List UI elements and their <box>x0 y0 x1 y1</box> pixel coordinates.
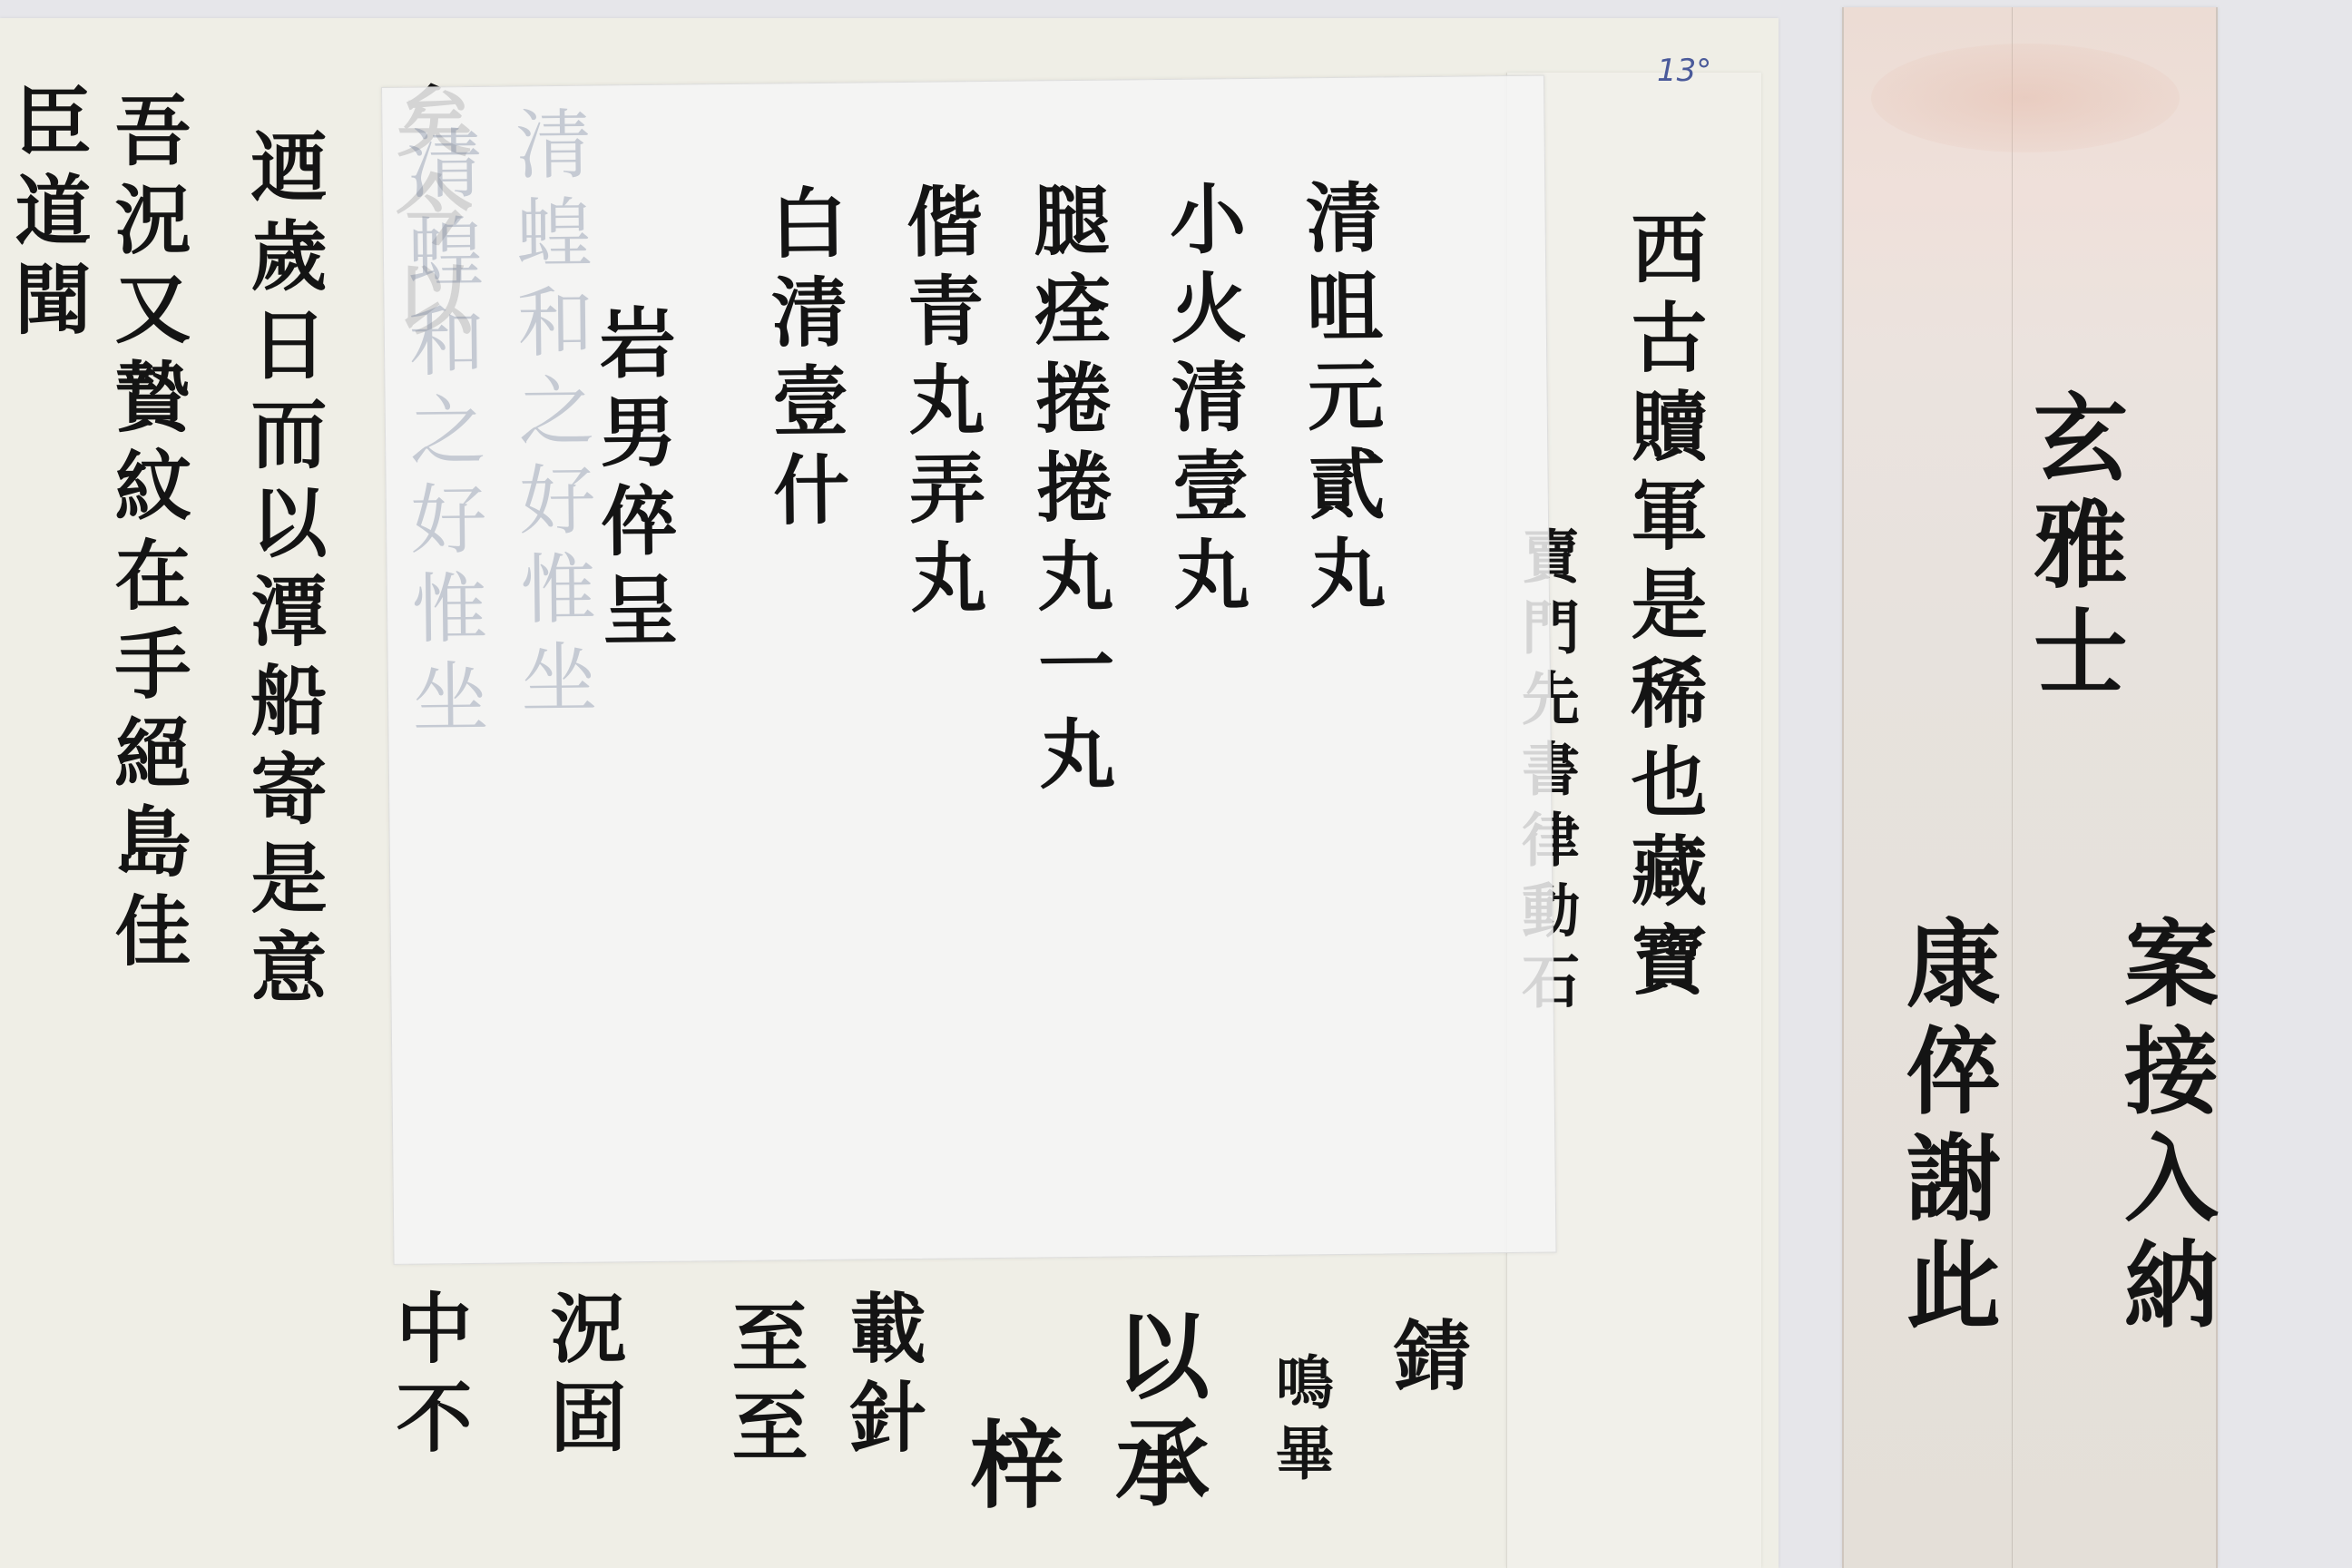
lower-column-2: 至至 <box>726 1298 802 1475</box>
envelope-column-3: 康倅謝此 <box>1898 915 1993 1343</box>
lower-column-3: 載針 <box>844 1289 920 1466</box>
letter-column-1: 臣道聞 <box>9 82 85 348</box>
overlay-column-6: 岩男倅呈 <box>593 303 673 660</box>
envelope: 玄雅士 案接入納 康倅謝此 <box>1842 7 2218 1568</box>
envelope-column-1: 玄雅士 <box>2025 388 2120 710</box>
lower-column-1: 況固 <box>544 1289 621 1466</box>
overlay-ghost-text-2: 清蝗和之好惟坐 <box>509 104 592 728</box>
overlay-column-4: 偕青丸弄丸 <box>900 181 981 627</box>
overlay-column-2: 小火清壹丸 <box>1163 179 1244 624</box>
overlay-column-3: 腿痊捲捲丸一丸 <box>1027 181 1110 804</box>
translucent-overlay-note: 清蝗和之好惟坐 清蝗和之好惟坐 清咀元貳丸 小火清壹丸 腿痊捲捲丸一丸 偕青丸弄… <box>381 75 1557 1265</box>
overlay-column-5: 白清壹什 <box>764 183 844 540</box>
envelope-stain <box>1871 44 2180 152</box>
overlay-ghost-text: 清蝗和之好惟坐 <box>400 123 483 747</box>
lower-column-7: 錆 <box>1388 1316 1465 1405</box>
lower-column-5: 以承 <box>1107 1307 1201 1521</box>
overlay-column-1: 清咀元貳丸 <box>1299 178 1380 623</box>
lower-column-4: 梓 <box>962 1416 1056 1523</box>
letter-column-5: 中不 <box>390 1289 466 1466</box>
letter-column-2: 吾況又贄紋在手絕島佳 <box>109 91 185 980</box>
lower-column-6: 鳴畢 <box>1270 1352 1328 1494</box>
letter-column-3: 迺歲日而以潭船寄是意 <box>245 127 321 1016</box>
envelope-fold-line <box>2012 7 2013 1568</box>
envelope-column-2: 案接入納 <box>2116 915 2210 1343</box>
pencil-number-annotation: 13° <box>1657 53 1711 89</box>
strip-column-1: 西古贖軍是稀也藏寶 <box>1625 209 1701 1009</box>
